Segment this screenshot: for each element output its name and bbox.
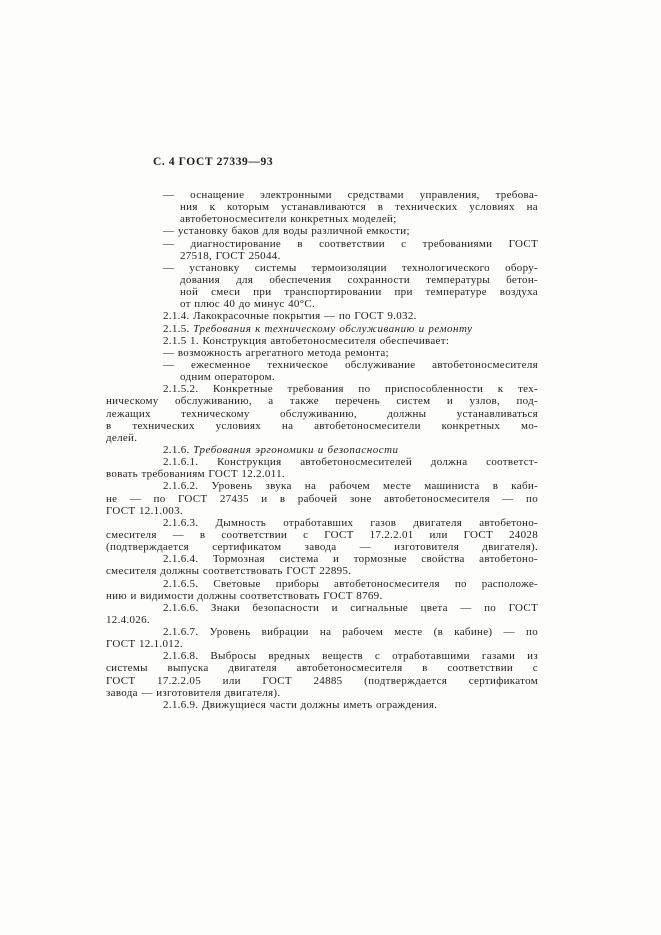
text-line: 12.4.026. [106, 614, 538, 626]
text-line: ния к которым устанавливаются в техничес… [180, 201, 538, 213]
document-page: С. 4 ГОСТ 27339—93 — оснащение электронн… [0, 0, 661, 935]
text-line: 2.1.6.1. Конструкция автобетоносмесителе… [163, 456, 538, 468]
text-line: 2.1.6.7. Уровень вибрации на рабочем мес… [163, 626, 538, 638]
text-line: автобетоносмесители конкретных моделей; [180, 213, 538, 225]
text-line: завода — изготовителя двигателя). [106, 687, 538, 699]
text-line: ГОСТ 12.1.003. [106, 505, 538, 517]
document-body-text: — оснащение электронными средствами упра… [106, 189, 538, 711]
text-line: системы выпуска двигателя автобетоносмес… [106, 662, 538, 674]
text-line: 2.1.6.5. Световые приборы автобетоносмес… [163, 578, 538, 590]
text-line: смесителя — в соответствии с ГОСТ 17.2.2… [106, 529, 538, 541]
text-line: вовать требованиям ГОСТ 12.2.011. [106, 468, 538, 480]
text-line: смесителя должны соответствовать ГОСТ 22… [106, 565, 538, 577]
text-line: (подтверждается сертификатом завода — из… [106, 541, 538, 553]
text-line: — возможность агрегатного метода ремонта… [163, 347, 538, 359]
text-line: лежащих техническому обслуживанию, должн… [106, 408, 538, 420]
text-line: ГОСТ 12.1.012. [106, 638, 538, 650]
text-line: 2.1.5. Требования к техническому обслужи… [163, 323, 538, 335]
text-line: дования для обеспечения сохранности темп… [180, 274, 538, 286]
text-line: одним оператором. [180, 371, 538, 383]
text-line: от плюс 40 до минус 40°С. [180, 298, 538, 310]
text-line: — установку системы термоизоляции технол… [163, 262, 538, 274]
text-line: ной смеси при транспортировании при темп… [180, 286, 538, 298]
text-line: 2.1.6.8. Выбросы вредных веществ с отраб… [163, 650, 538, 662]
text-line: 27518, ГОСТ 25044. [180, 250, 538, 262]
text-line: ническому обслуживанию, а также перечень… [106, 395, 538, 407]
text-line: 2.1.5.2. Конкретные требования по приспо… [163, 383, 538, 395]
text-line: 2.1.6. Требования эргономики и безопасно… [163, 444, 538, 456]
text-line: 2.1.6.9. Движущиеся части должны иметь о… [163, 699, 538, 711]
text-line: 2.1.6.3. Дымность отработавших газов дви… [163, 517, 538, 529]
text-line: не — по ГОСТ 27435 и в рабочей зоне авто… [106, 493, 538, 505]
text-line: в технических условиях на автобетоносмес… [106, 420, 538, 432]
page-header: С. 4 ГОСТ 27339—93 [153, 156, 273, 168]
text-line: нию и видимости должны соответствовать Г… [106, 590, 538, 602]
text-line: делей. [106, 432, 538, 444]
text-line: — ежесменное техническое обслуживание ав… [163, 359, 538, 371]
text-line: 2.1.6.6. Знаки безопасности и сигнальные… [163, 602, 538, 614]
text-line: 2.1.6.2. Уровень звука на рабочем месте … [163, 480, 538, 492]
text-line: — оснащение электронными средствами упра… [163, 189, 538, 201]
text-line: — установку баков для воды различной емк… [163, 225, 538, 237]
text-line: 2.1.5 1. Конструкция автобетоносмесителя… [163, 335, 538, 347]
text-line: 2.1.6.4. Тормозная система и тормозные с… [163, 553, 538, 565]
text-line: ГОСТ 17.2.2.05 или ГОСТ 24885 (подтвержд… [106, 675, 538, 687]
text-line: — диагностирование в соответствии с треб… [163, 238, 538, 250]
text-line: 2.1.4. Лакокрасочные покрытия — по ГОСТ … [163, 310, 538, 322]
